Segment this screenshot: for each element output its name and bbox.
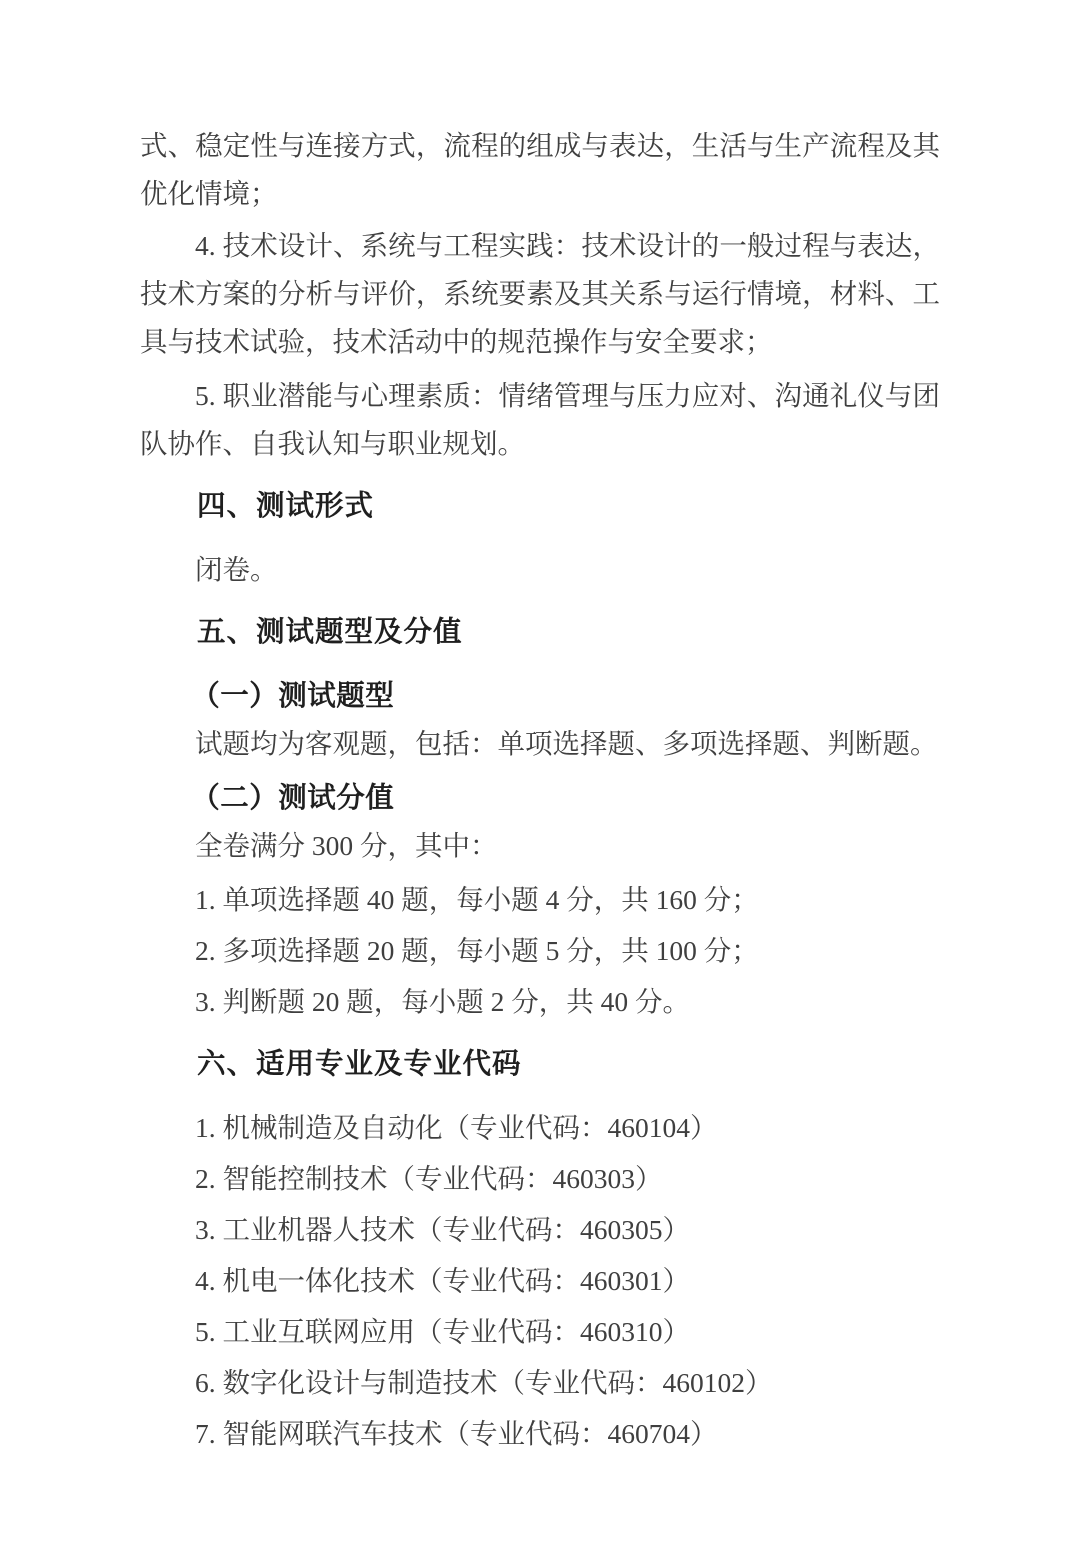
section-heading-applicable-majors: 六、适用专业及专业代码 — [140, 1040, 940, 1088]
document-page: 式、稳定性与连接方式，流程的组成与表达，生活与生产流程及其优化情境； 4. 技术… — [0, 0, 1080, 1550]
outline-item-5: 5. 职业潜能与心理素质：情绪管理与压力应对、沟通礼仪与团队协作、自我认知与职业… — [140, 372, 940, 468]
major-item-5: 5. 工业互联网应用（专业代码：460310） — [140, 1308, 940, 1356]
paragraph-question-types: 试题均为客观题，包括：单项选择题、多项选择题、判断题。 — [140, 720, 940, 768]
section-heading-test-form: 四、测试形式 — [140, 482, 940, 530]
paragraph-closed-book: 闭卷。 — [140, 546, 940, 594]
major-item-4: 4. 机电一体化技术（专业代码：460301） — [140, 1257, 940, 1305]
outline-item-4: 4. 技术设计、系统与工程实践：技术设计的一般过程与表达，技术方案的分析与评价，… — [140, 222, 940, 366]
subsection-heading-score-values: （二）测试分值 — [140, 774, 940, 822]
major-item-2: 2. 智能控制技术（专业代码：460303） — [140, 1155, 940, 1203]
section-heading-question-types-and-scores: 五、测试题型及分值 — [140, 608, 940, 656]
paragraph-total-score: 全卷满分 300 分，其中： — [140, 822, 940, 870]
major-item-6: 6. 数字化设计与制造技术（专业代码：460102） — [140, 1359, 940, 1407]
score-item-true-false: 3. 判断题 20 题，每小题 2 分，共 40 分。 — [140, 978, 940, 1026]
score-item-multiple-choice: 2. 多项选择题 20 题，每小题 5 分，共 100 分； — [140, 927, 940, 975]
major-item-1: 1. 机械制造及自动化（专业代码：460104） — [140, 1104, 940, 1152]
score-item-single-choice: 1. 单项选择题 40 题，每小题 4 分，共 160 分； — [140, 876, 940, 924]
major-item-3: 3. 工业机器人技术（专业代码：460305） — [140, 1206, 940, 1254]
continuation-paragraph: 式、稳定性与连接方式，流程的组成与表达，生活与生产流程及其优化情境； — [140, 122, 940, 218]
major-item-7: 7. 智能网联汽车技术（专业代码：460704） — [140, 1410, 940, 1458]
subsection-heading-question-types: （一）测试题型 — [140, 672, 940, 720]
